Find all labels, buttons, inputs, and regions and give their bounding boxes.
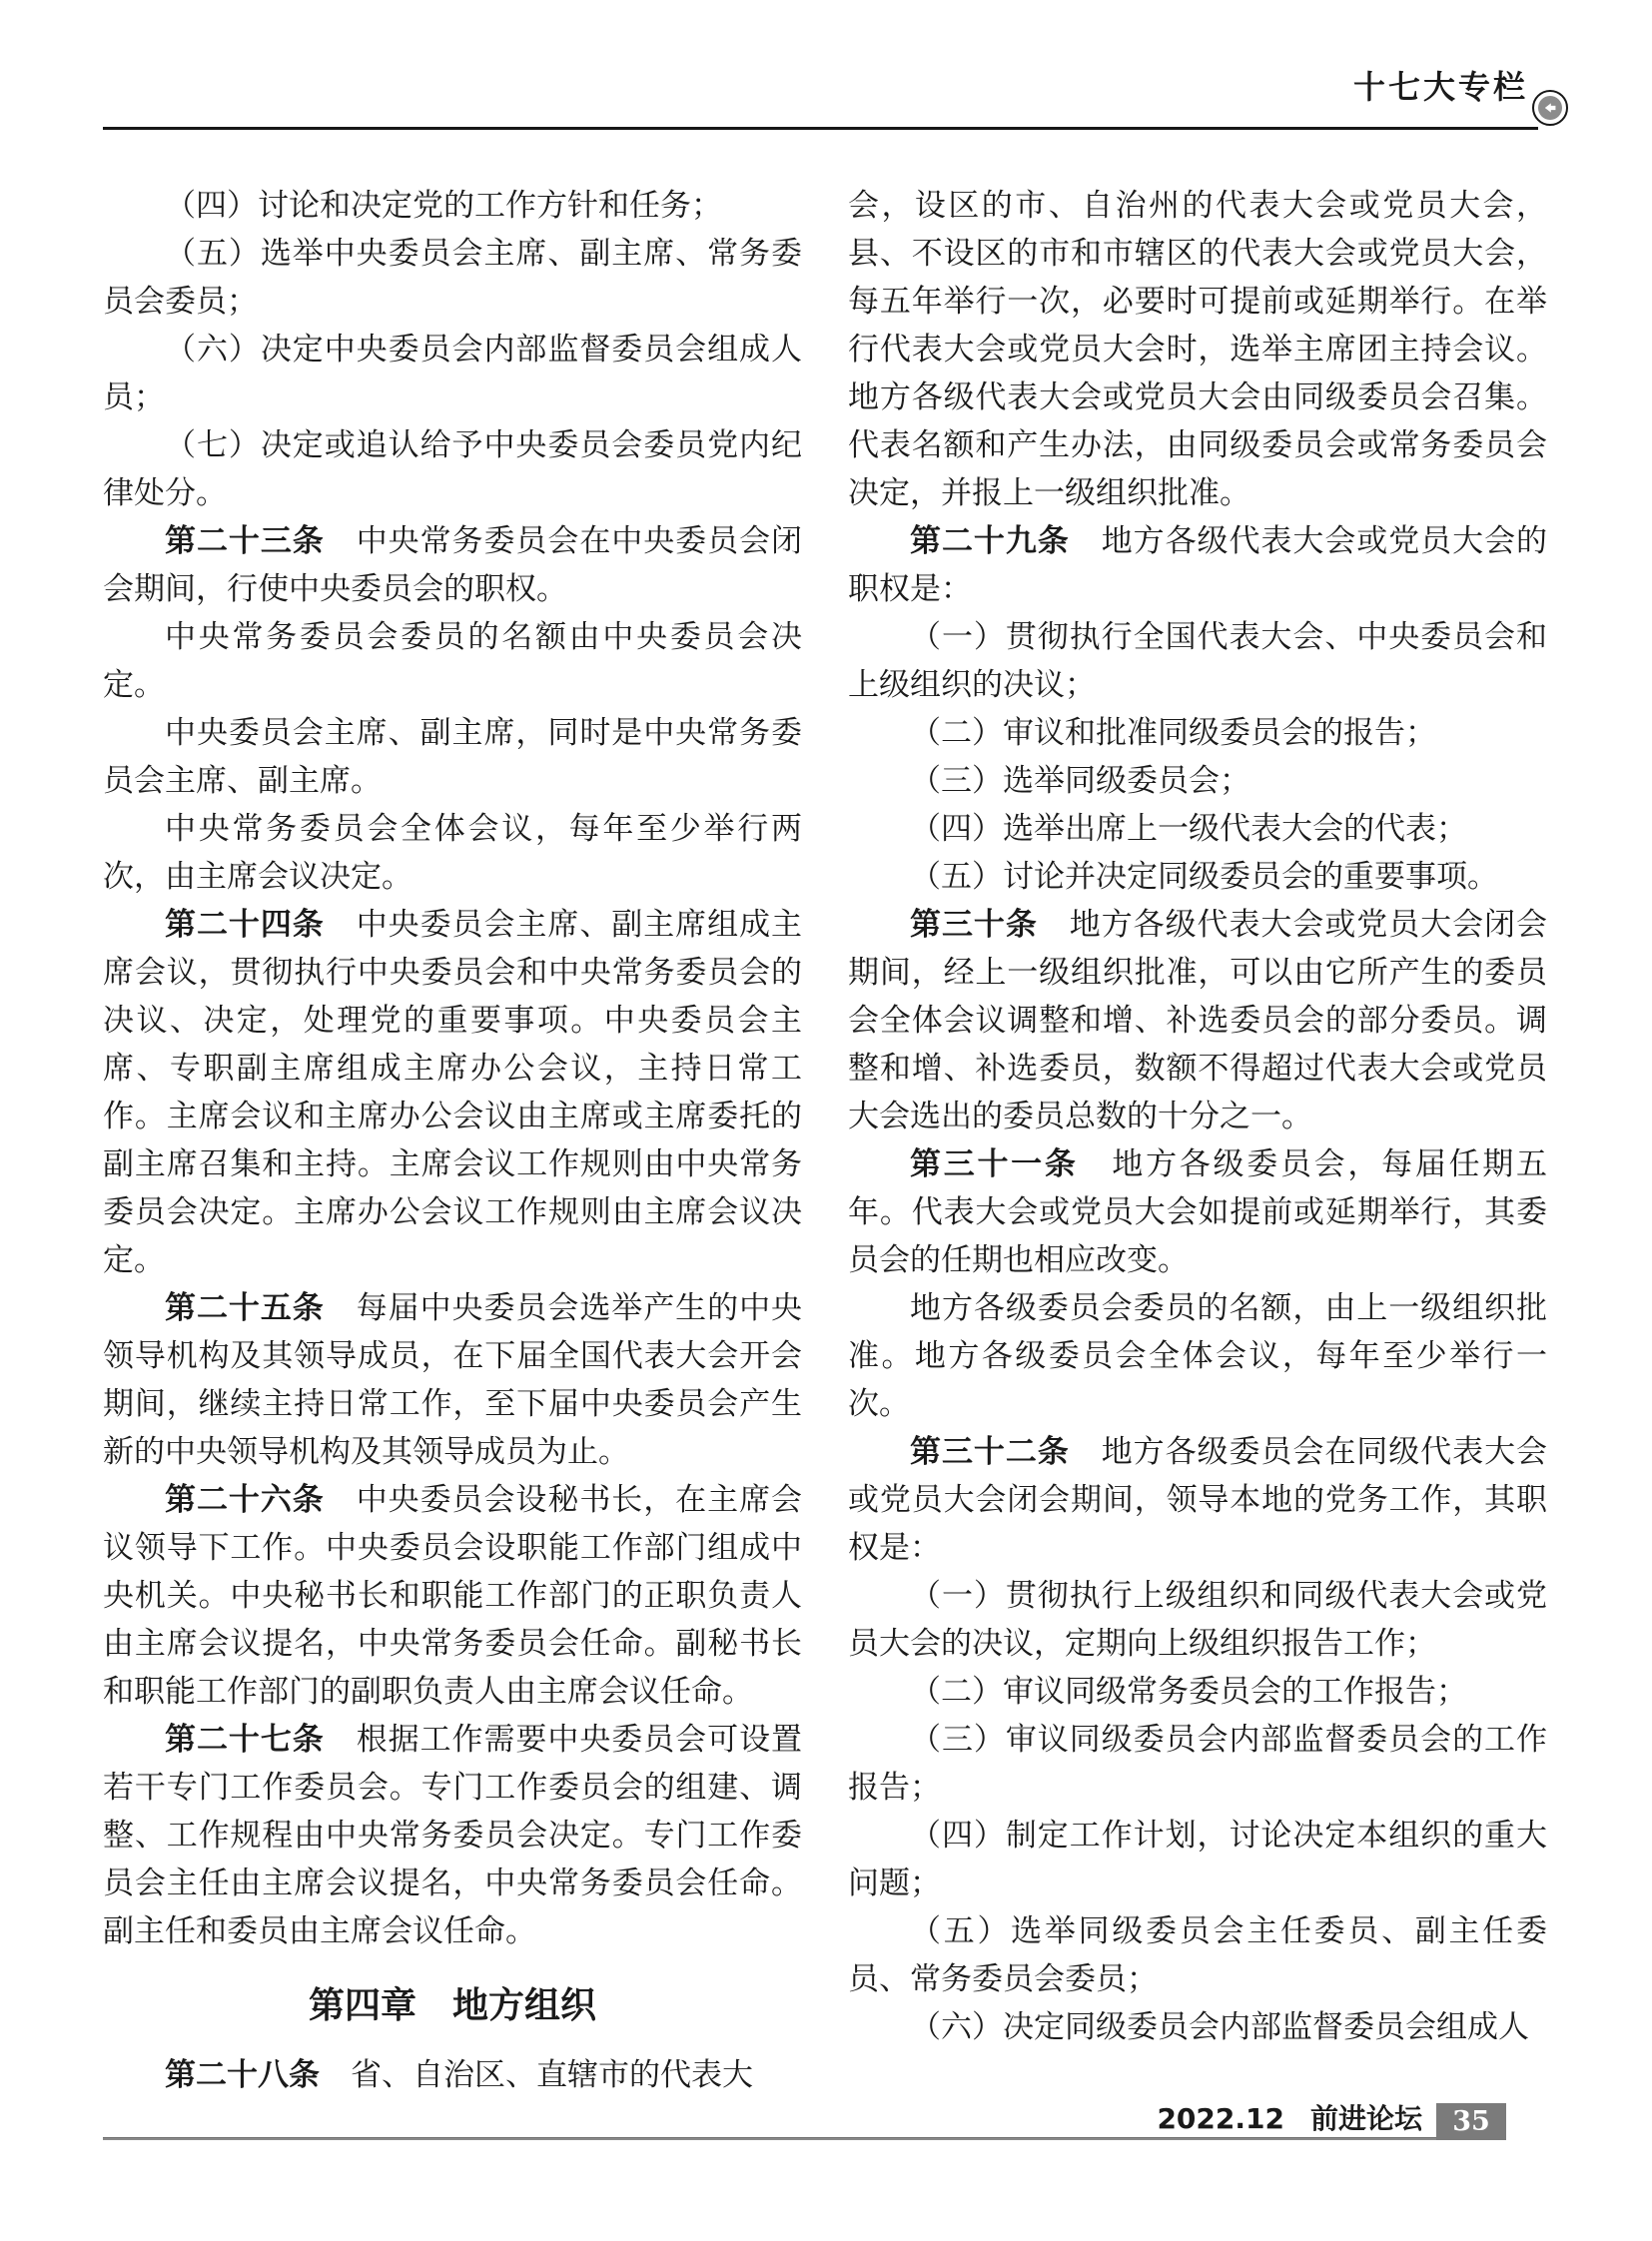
issue-date: 2022.12: [1157, 2102, 1284, 2135]
left-arrow-icon: [1538, 96, 1562, 120]
article-number-label: 第三十一条: [910, 1146, 1079, 1182]
paragraph-text: （一）贯彻执行上级组织和同级代表大会或党员大会的决议，定期向上级组织报告工作；: [848, 1578, 1547, 1662]
paragraph: （一）贯彻执行上级组织和同级代表大会或党员大会的决议，定期向上级组织报告工作；: [848, 1572, 1547, 1668]
paragraph-text: （四）讨论和决定党的工作方针和任务；: [165, 188, 722, 224]
paragraph: （六）决定同级委员会内部监督委员会组成人: [848, 2003, 1547, 2051]
paragraph: 中央常务委员会委员的名额由中央委员会决定。: [103, 613, 802, 709]
article-number-label: 第二十七条: [165, 1722, 325, 1758]
paragraph-text: 会，设区的市、自治州的代表大会或党员大会，县、不设区的市和市辖区的代表大会或党员…: [848, 188, 1547, 511]
left-column: （四）讨论和决定党的工作方针和任务； （五）选举中央委员会主席、副主席、常务委员…: [103, 182, 802, 2099]
circled-left-arrow-icon: [1532, 90, 1568, 126]
paragraph-text: （四）制定工作计划，讨论决定本组织的重大问题；: [848, 1818, 1547, 1901]
header-rule: [103, 127, 1538, 130]
paragraph: 第二十九条 地方各级代表大会或党员大会的职权是：: [848, 517, 1547, 613]
paragraph-text: （五）选举中央委员会主席、副主席、常务委员会委员；: [103, 236, 802, 320]
paragraph: （七）决定或追认给予中央委员会委员党内纪律处分。: [103, 421, 802, 517]
paragraph-text: （二）审议和批准同级委员会的报告；: [910, 715, 1436, 751]
paragraph: 第四章 地方组织: [103, 1955, 802, 2051]
paragraph: （五）选举同级委员会主任委员、副主任委员、常务委员会委员；: [848, 1907, 1547, 2003]
paragraph-text: （二）审议同级常务委员会的工作报告；: [910, 1674, 1467, 1710]
paragraph-text: 省、自治区、直辖市的代表大: [320, 2057, 753, 2093]
article-number-label: 第二十五条: [165, 1290, 325, 1326]
paragraph-text: （三）选举同级委员会；: [910, 763, 1250, 799]
article-number-label: 第二十六条: [165, 1482, 325, 1518]
paragraph: （二）审议同级常务委员会的工作报告；: [848, 1668, 1547, 1716]
paragraph-text: 中央常务委员会委员的名额由中央委员会决定。: [103, 619, 802, 703]
paragraph: 第二十三条 中央常务委员会在中央委员会闭会期间，行使中央委员会的职权。: [103, 517, 802, 613]
footer-issue-info: 2022.12前进论坛: [1157, 2100, 1422, 2138]
paragraph: 第三十二条 地方各级委员会在同级代表大会或党员大会闭会期间，领导本地的党务工作，…: [848, 1428, 1547, 1572]
paragraph-text: 中央常务委员会全体会议，每年至少举行两次，由主席会议决定。: [103, 811, 802, 895]
paragraph: （四）讨论和决定党的工作方针和任务；: [103, 182, 802, 230]
paragraph-text: 地方各级委员会委员的名额，由上一级组织批准。地方各级委员会全体会议，每年至少举行…: [848, 1290, 1547, 1422]
paragraph: （四）制定工作计划，讨论决定本组织的重大问题；: [848, 1812, 1547, 1907]
article-number-label: 第二十八条: [165, 2057, 320, 2093]
paragraph-text: （三）审议同级委员会内部监督委员会的工作报告；: [848, 1722, 1547, 1806]
page-number-badge: 35: [1436, 2103, 1506, 2140]
column-title: 十七大专栏: [1353, 68, 1528, 106]
article-number-label: 第三十二条: [910, 1434, 1070, 1470]
paragraph-text: （七）决定或追认给予中央委员会委员党内纪律处分。: [103, 427, 802, 511]
journal-name: 前进论坛: [1310, 2102, 1422, 2135]
paragraph-text: 中央委员会主席、副主席，同时是中央常务委员会主席、副主席。: [103, 715, 802, 799]
paragraph: 第三十条 地方各级代表大会或党员大会闭会期间，经上一级组织批准，可以由它所产生的…: [848, 901, 1547, 1140]
paragraph: 中央常务委员会全体会议，每年至少举行两次，由主席会议决定。: [103, 805, 802, 901]
paragraph: 第二十八条 省、自治区、直辖市的代表大: [103, 2051, 802, 2099]
paragraph: （五）讨论并决定同级委员会的重要事项。: [848, 853, 1547, 901]
paragraph: （四）选举出席上一级代表大会的代表；: [848, 805, 1547, 853]
paragraph: 第二十四条 中央委员会主席、副主席组成主席会议，贯彻执行中央委员会和中央常务委员…: [103, 901, 802, 1284]
paragraph: （六）决定中央委员会内部监督委员会组成人员；: [103, 326, 802, 421]
right-column: 会，设区的市、自治州的代表大会或党员大会，县、不设区的市和市辖区的代表大会或党员…: [848, 182, 1547, 2051]
paragraph: 中央委员会主席、副主席，同时是中央常务委员会主席、副主席。: [103, 709, 802, 805]
paragraph: 第二十五条 每届中央委员会选举产生的中央领导机构及其领导成员，在下届全国代表大会…: [103, 1284, 802, 1476]
paragraph-text: （六）决定同级委员会内部监督委员会组成人: [910, 2009, 1529, 2045]
paragraph: （五）选举中央委员会主席、副主席、常务委员会委员；: [103, 230, 802, 326]
paragraph: （三）选举同级委员会；: [848, 757, 1547, 805]
magazine-page: 十七大专栏 （四）讨论和决定党的工作方针和任务； （五）选举中央委员会主席、副主…: [0, 0, 1652, 2241]
paragraph: 第二十七条 根据工作需要中央委员会可设置若干专门工作委员会。专门工作委员会的组建…: [103, 1716, 802, 1955]
paragraph: （三）审议同级委员会内部监督委员会的工作报告；: [848, 1716, 1547, 1812]
paragraph-text: （六）决定中央委员会内部监督委员会组成人员；: [103, 332, 802, 415]
paragraph-text: （五）选举同级委员会主任委员、副主任委员、常务委员会委员；: [848, 1913, 1547, 1997]
article-number-label: 第二十三条: [165, 523, 325, 559]
paragraph-text: （一）贯彻执行全国代表大会、中央委员会和上级组织的决议；: [848, 619, 1547, 703]
paragraph: 地方各级委员会委员的名额，由上一级组织批准。地方各级委员会全体会议，每年至少举行…: [848, 1284, 1547, 1428]
paragraph: （一）贯彻执行全国代表大会、中央委员会和上级组织的决议；: [848, 613, 1547, 709]
paragraph: 第三十一条 地方各级委员会，每届任期五年。代表大会或党员大会如提前或延期举行，其…: [848, 1140, 1547, 1284]
paragraph: （二）审议和批准同级委员会的报告；: [848, 709, 1547, 757]
paragraph-text: 中央委员会主席、副主席组成主席会议，贯彻执行中央委员会和中央常务委员会的决议、决…: [103, 907, 802, 1278]
paragraph-text: （四）选举出席上一级代表大会的代表；: [910, 811, 1467, 847]
paragraph-text: （五）讨论并决定同级委员会的重要事项。: [910, 859, 1498, 895]
paragraph: 会，设区的市、自治州的代表大会或党员大会，县、不设区的市和市辖区的代表大会或党员…: [848, 182, 1547, 517]
paragraph: 第二十六条 中央委员会设秘书长，在主席会议领导下工作。中央委员会设职能工作部门组…: [103, 1476, 802, 1716]
paragraph-text: 第四章 地方组织: [309, 1985, 596, 2026]
article-number-label: 第三十条: [910, 907, 1038, 943]
article-number-label: 第二十九条: [910, 523, 1070, 559]
article-number-label: 第二十四条: [165, 907, 325, 943]
